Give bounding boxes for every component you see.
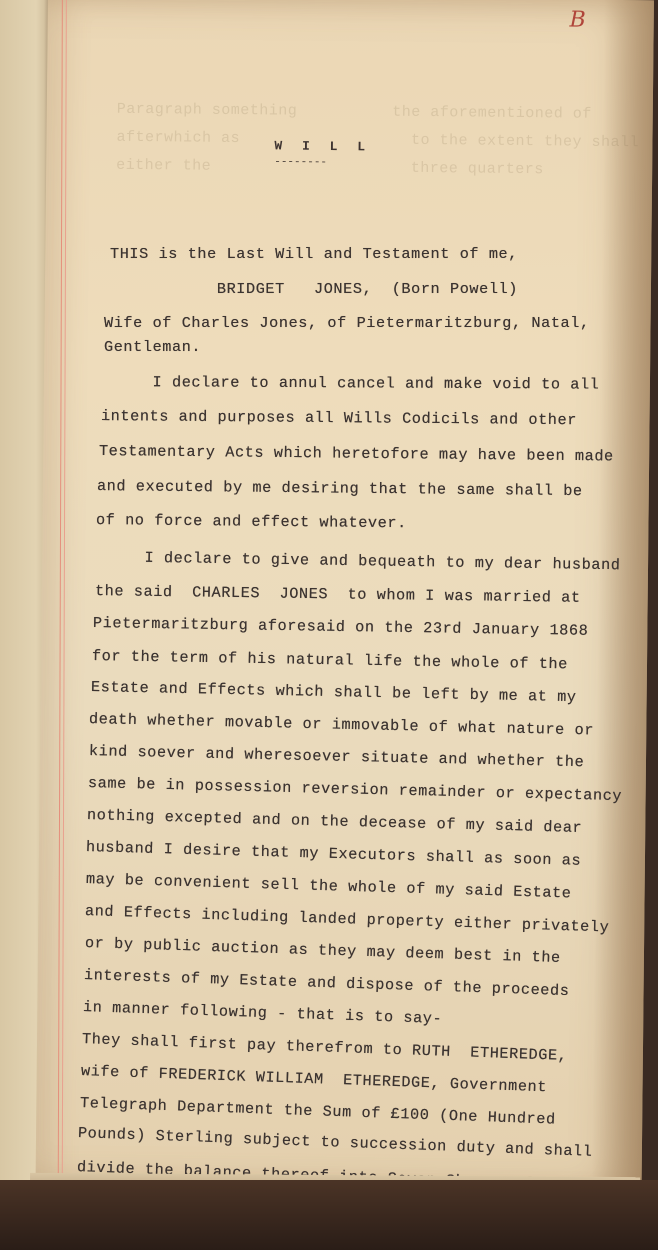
- text-line: BRIDGET JONES, (Born Powell): [110, 280, 518, 298]
- text-line: I declare to annul cancel and make void …: [104, 373, 600, 394]
- text-line: THIS is the Last Will and Testament of m…: [110, 245, 518, 263]
- document-photo: B Paragraph something the aforementioned…: [0, 0, 658, 1250]
- bleed-through-text: either the three quarters: [116, 157, 544, 178]
- bleed-through-text: Paragraph something the aforementioned o…: [117, 101, 592, 123]
- page-marker: B: [569, 7, 585, 32]
- text-line: of no force and effect whatever.: [96, 511, 407, 532]
- text-line: Gentleman.: [104, 338, 201, 356]
- desk-background: [0, 1180, 658, 1250]
- text-line: Wife of Charles Jones, of Pietermaritzbu…: [104, 314, 590, 332]
- document-title: W I L L: [274, 138, 371, 154]
- bleed-through-text: afterwhich as to the extent they shall: [116, 129, 639, 151]
- red-margin-rule: [58, 0, 67, 1174]
- title-underline: --------: [274, 156, 327, 169]
